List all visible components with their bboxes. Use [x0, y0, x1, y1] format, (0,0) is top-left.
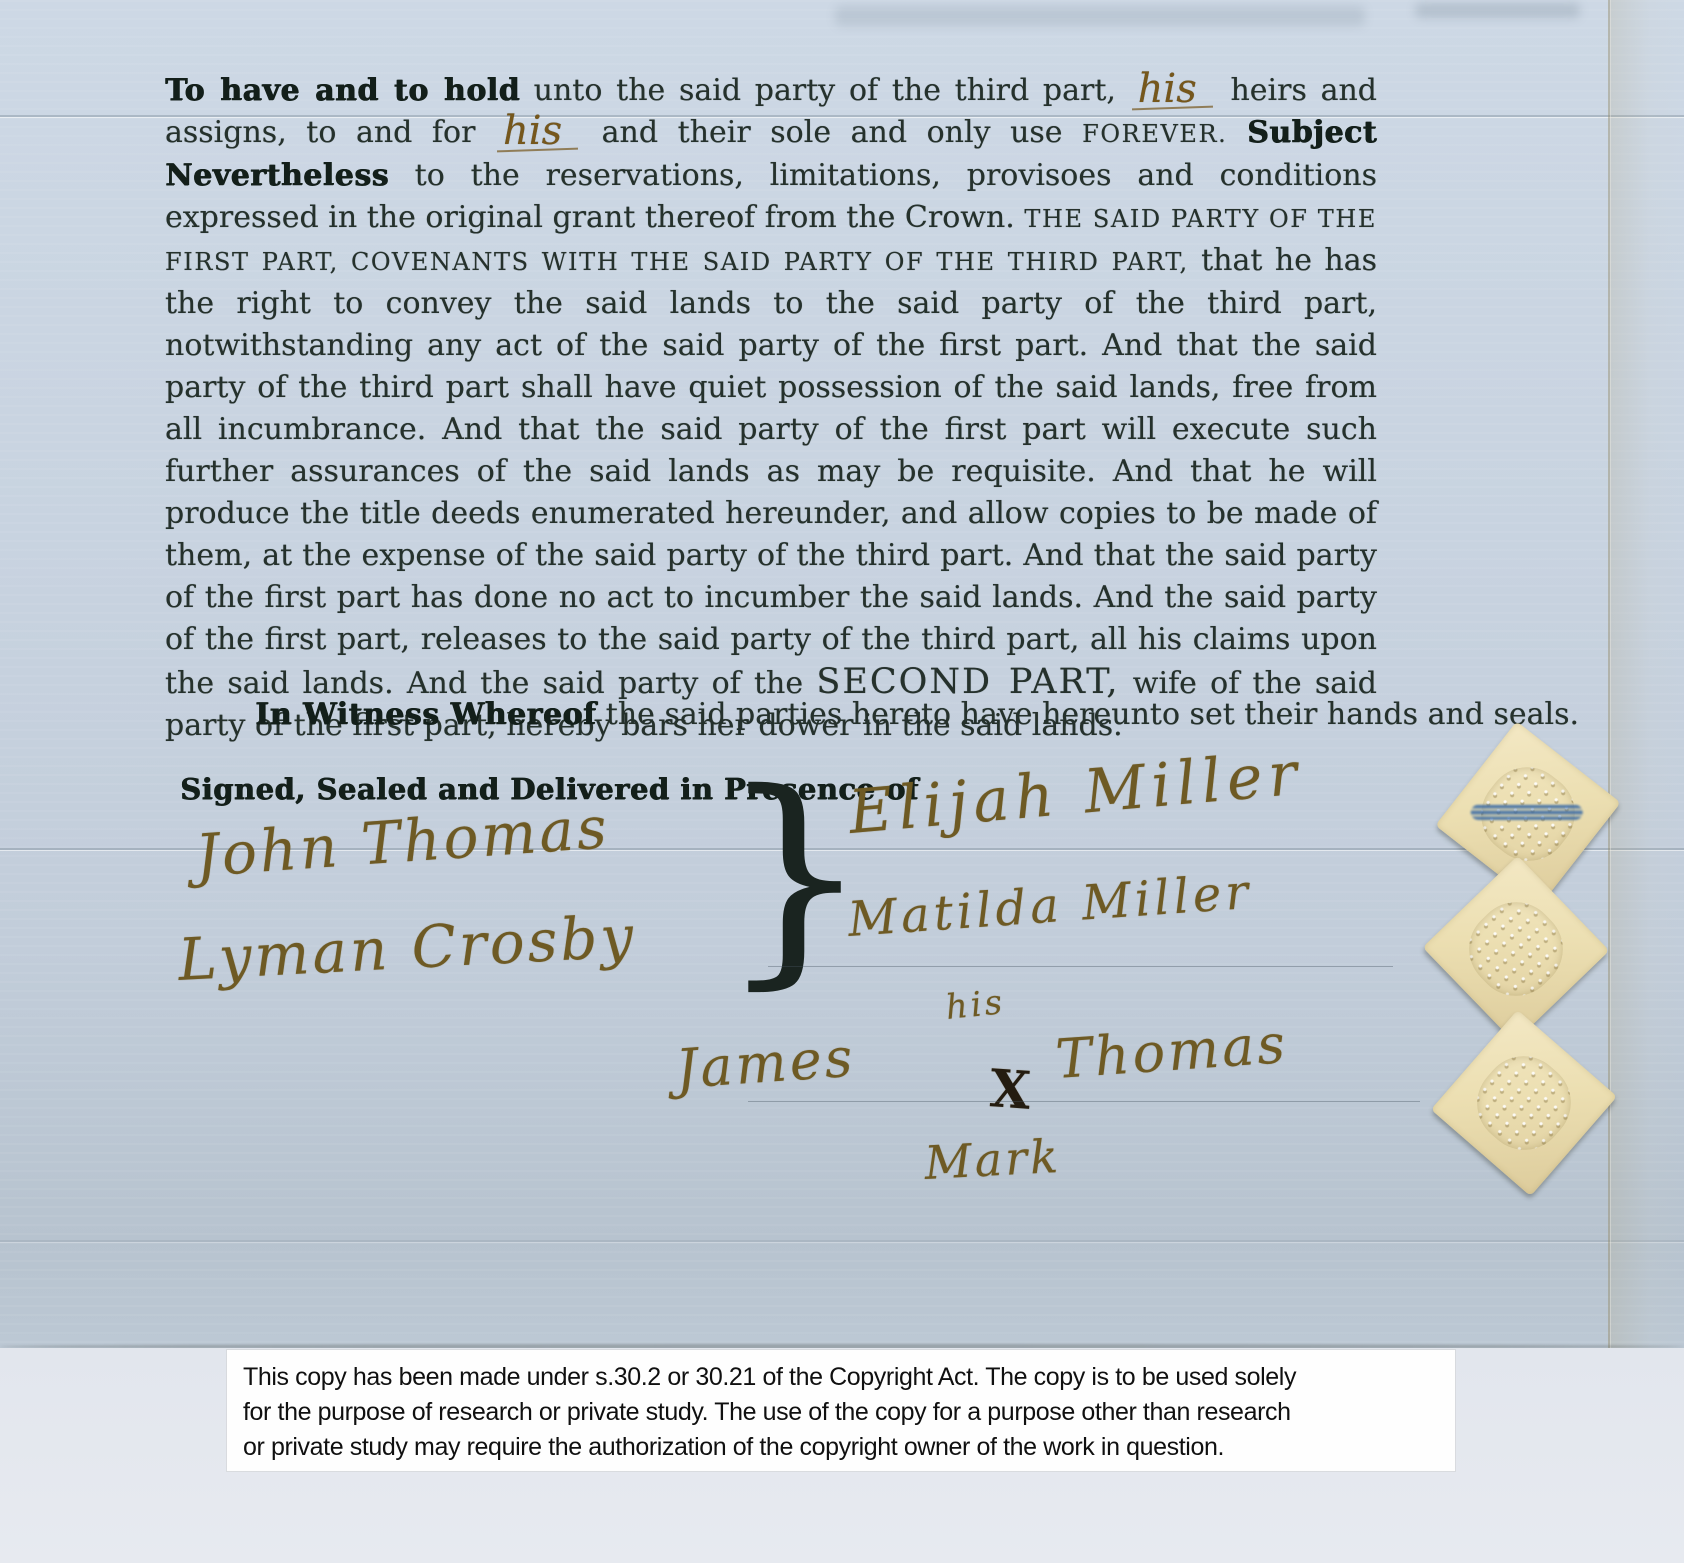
deed-body-paragraph: To have and to hold unto the said party …: [165, 70, 1377, 747]
witness-signature-john-thomas: John Thomas: [193, 793, 611, 890]
handwritten-his: his: [1130, 66, 1217, 112]
signature-elijah-miller: Elijah Miller: [846, 739, 1306, 848]
deed-text: [1227, 115, 1247, 150]
copyright-notice-line: This copy has been made under s.30.2 or …: [243, 1360, 1445, 1395]
witness-clause: In Witness Whereof the said parties here…: [255, 697, 1579, 732]
witness-signature-lyman-crosby: Lyman Crosby: [176, 902, 637, 994]
document-scan: To have and to hold unto the said party …: [0, 0, 1684, 1563]
right-fold-margin: [1608, 0, 1684, 1348]
deed-text: that he has the right to convey the said…: [165, 243, 1377, 701]
fold-crease: [0, 1240, 1684, 1242]
copyright-notice-line: or private study may require the authori…: [243, 1430, 1445, 1465]
forever-smallcaps: FOREVER.: [1082, 120, 1227, 148]
bleedthrough-ghost: [1415, 3, 1580, 18]
mark-signature-x: X: [988, 1058, 1036, 1122]
deed-text: and their sole and only use: [582, 115, 1082, 150]
in-witness-whereof-heading: In Witness Whereof: [255, 697, 596, 732]
seal-blue-streak: [1471, 805, 1583, 820]
signature-matilda-miller: Matilda Miller: [846, 864, 1254, 948]
signature-rule-line: [748, 1101, 1420, 1102]
copyright-notice-line: for the purpose of research or private s…: [243, 1395, 1445, 1430]
seal-emboss-pattern: [1461, 1040, 1588, 1167]
copyright-notice: This copy has been made under s.30.2 or …: [227, 1350, 1455, 1471]
second-part-caps: SECOND PART,: [816, 662, 1119, 702]
handwritten-his: his: [495, 108, 582, 154]
deed-paper: To have and to hold unto the said party …: [0, 0, 1684, 1348]
deed-text: unto the said party of the third part,: [520, 73, 1130, 108]
mark-signature-thomas: Thomas: [1054, 1012, 1290, 1091]
seal-emboss-pattern: [1453, 886, 1580, 1013]
bleedthrough-ghost: [835, 6, 1365, 26]
witness-clause-text: the said parties hereto have hereunto se…: [596, 697, 1579, 732]
mark-signature-mark-word: Mark: [923, 1129, 1062, 1190]
mark-signature-james: James: [674, 1026, 858, 1101]
mark-signature-his: his: [944, 982, 1007, 1028]
wafer-seal: [1431, 1010, 1617, 1196]
habendum-clause-heading: To have and to hold: [165, 73, 520, 108]
signature-rule-line: [768, 966, 1393, 967]
